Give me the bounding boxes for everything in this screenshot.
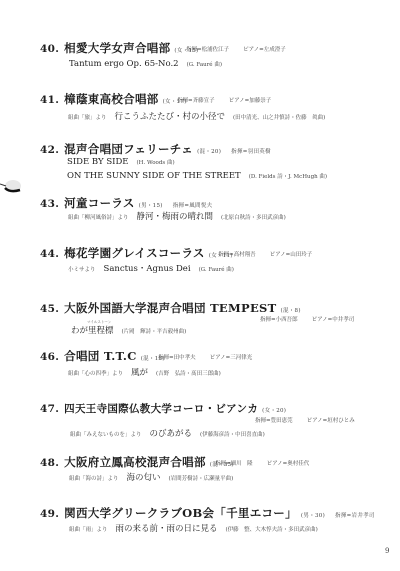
- choir-name: 梅花学園グレイスコーラス: [64, 246, 205, 260]
- staff-line: 指揮=細川 隆ピアノ=奥村佳代: [215, 459, 323, 467]
- scan-artifact-icon: [0, 178, 22, 194]
- choir-name: 相愛大学女声合唱部: [64, 41, 170, 55]
- song-credit: (D. Fields 詩・J. McHugh 曲): [249, 174, 327, 180]
- conductor: 指揮=小西吾郎: [260, 317, 298, 323]
- song-title: 静河・梅雨の晴れ間: [137, 212, 214, 222]
- entry-number: 46.: [40, 351, 59, 363]
- conductor: 指揮=風間悦夫: [173, 203, 213, 209]
- suite-prefix: 組曲「旅」より: [68, 115, 107, 121]
- song-line: 組曲「旅」より行こうふたたび・村の小径で(田中清光、山之井慎詩・佐藤 眞曲): [68, 110, 325, 122]
- choir-name: 関西大学グリークラブOB会「千里エコー」: [64, 506, 297, 520]
- song-line: 組曲「心の四季」より風が(吉野 弘詩・髙田三郎曲): [68, 366, 221, 378]
- entry-number: 44.: [40, 248, 59, 260]
- song-credit: (伊藤海彦詩・中田喜直曲): [200, 432, 265, 438]
- entry-title: 49.関西大学グリークラブOB会「千里エコー」(男・30)指揮=岩井孝司: [40, 505, 375, 521]
- choir-meta: (混・8): [281, 308, 301, 314]
- entry-number: 42.: [40, 144, 59, 156]
- staff-line: 指揮=松浦佐江子ピアノ=左成澄子: [186, 45, 300, 53]
- suite-prefix: 組曲「海の詩」より: [69, 476, 119, 482]
- song-credit: (田中清光、山之井慎詩・佐藤 眞曲): [233, 115, 325, 121]
- choir-name: 河童コーラス: [64, 196, 134, 210]
- conductor: 指揮=羽田英樹: [231, 149, 271, 155]
- song-credit: (H. Woods 曲): [137, 160, 175, 166]
- entry-number: 41.: [40, 94, 59, 106]
- song-title: Sanctus・Agnus Dei: [104, 264, 191, 274]
- song-title: Tantum ergo Op. 65-No.2: [69, 59, 179, 69]
- song-credit: (伊藤 整、大木惇夫詩・多田武彦曲): [226, 527, 318, 533]
- entry-title: 48.大阪府立鳳高校混声合唱部(混・33): [40, 454, 234, 470]
- ruby-text: マイルストーン: [87, 320, 111, 325]
- choir-name: 大阪府立鳳高校混声合唱部: [64, 455, 206, 469]
- page-number: 9: [385, 547, 389, 555]
- pianist: ピアノ=垣村ひとみ: [307, 418, 355, 424]
- entry-title: 44.梅花学園グレイスコーラス(女・11): [40, 245, 233, 261]
- entry-title: 46.合唱団 T.T.C(混・18): [40, 348, 165, 364]
- entry-number: 45.: [40, 303, 59, 315]
- entry-number: 49.: [40, 508, 59, 520]
- song-credit: (G. Fauré 曲): [199, 267, 234, 273]
- song-line: 組曲「雨」より雨の来る前・雨の日に見る(伊藤 整、大木惇夫詩・多田武彦曲): [69, 522, 318, 534]
- song-line: Tantum ergo Op. 65-No.2(G. Fauré 曲): [69, 59, 222, 69]
- conductor: 指揮=岩井孝司: [335, 513, 375, 519]
- conductor: 指揮=田中孝夫: [158, 355, 196, 361]
- staff-line: 指揮=田中孝夫ピアノ=三河律光: [158, 353, 266, 361]
- song-line: マイルストーンわが里程標(片岡 輝詩・平吉毅州曲): [71, 324, 186, 336]
- entry-number: 43.: [40, 198, 59, 210]
- song-title: マイルストーンわが里程標: [71, 326, 114, 336]
- pianist: ピアノ=中井孝司: [312, 317, 355, 323]
- song-credit: (吉野 弘詩・髙田三郎曲): [156, 371, 221, 377]
- suite-prefix: 小ミサより: [68, 267, 96, 273]
- song-line: 組曲「みえないものを」よりのびあがる(伊藤海彦詩・中田喜直曲): [70, 427, 265, 439]
- song-line: 小ミサよりSanctus・Agnus Dei(G. Fauré 曲): [68, 262, 234, 274]
- choir-name: 合唱団 T.T.C: [64, 349, 137, 363]
- entry-title: 43.河童コーラス(男・15)指揮=風間悦夫: [40, 195, 212, 211]
- choir-name: 四天王寺国際仏教大学コーロ・ビアンカ: [64, 403, 258, 415]
- entry-number: 40.: [40, 43, 59, 55]
- conductor: 指揮=斉藤宣子: [177, 98, 215, 104]
- entry-title: 47.四天王寺国際仏教大学コーロ・ビアンカ(女・20): [40, 401, 286, 416]
- suite-prefix: 組曲「雨」より: [69, 527, 108, 533]
- pianist: ピアノ=三河律光: [210, 355, 253, 361]
- song-line: 組曲「柳河風俗詩」より静河・梅雨の晴れ間(北原白秋詩・多田武彦曲): [68, 210, 286, 222]
- entry-title: 42.混声合唱団フェリーチェ(混・20)指揮=羽田英樹: [40, 141, 271, 157]
- staff-line: 指揮=斉藤宣子ピアノ=加藤崇子: [177, 96, 285, 104]
- song-title: SIDE BY SIDE: [67, 157, 129, 167]
- suite-prefix: 組曲「みえないものを」より: [70, 432, 142, 438]
- entry-title: 41.樟蔭東高校合唱部(女・17): [40, 91, 187, 107]
- song-title: 雨の来る前・雨の日に見る: [116, 524, 218, 534]
- entry-title: 40.相愛大学女声合唱部(女・15): [40, 40, 198, 56]
- entry-number: 48.: [40, 457, 59, 469]
- conductor: 指揮=細川 隆: [215, 461, 253, 467]
- choir-meta: (男・15): [139, 203, 163, 209]
- choir-name: 大阪外国語大学混声合唱団 TEMPEST: [64, 301, 276, 315]
- song-credit: (G. Fauré 曲): [187, 62, 222, 68]
- song-title: 海の匂い: [127, 473, 161, 483]
- choir-name: 混声合唱団フェリーチェ: [64, 142, 193, 156]
- conductor: 指揮=松浦佐江子: [186, 47, 229, 53]
- choir-name: 樟蔭東高校合唱部: [64, 92, 158, 106]
- choir-meta: (混・20): [197, 149, 221, 155]
- song-credit: (片岡 輝詩・平吉毅州曲): [122, 329, 187, 335]
- staff-line: 指揮=豊田恵莞ピアノ=垣村ひとみ: [255, 416, 369, 424]
- choir-meta: (女・20): [262, 408, 286, 414]
- song-line: SIDE BY SIDE(H. Woods 曲): [67, 157, 175, 167]
- pianist: ピアノ=加藤崇子: [229, 98, 272, 104]
- entry-number: 47.: [40, 403, 59, 415]
- pianist: ピアノ=奥村佳代: [267, 461, 310, 467]
- conductor: 指揮=高村翔吾: [218, 252, 256, 258]
- pianist: ピアノ=左成澄子: [243, 47, 286, 53]
- suite-prefix: 組曲「柳河風俗詩」より: [68, 215, 129, 221]
- song-title: のびあがる: [150, 429, 193, 439]
- song-title: ON THE SUNNY SIDE OF THE STREET: [67, 171, 241, 181]
- entry-title: 45.大阪外国語大学混声合唱団 TEMPEST(混・8): [40, 300, 301, 316]
- staff-line: 指揮=小西吾郎ピアノ=中井孝司: [260, 315, 368, 323]
- pianist: ピアノ=山田玲子: [270, 252, 313, 258]
- conductor: 指揮=豊田恵莞: [255, 418, 293, 424]
- song-line: 組曲「海の詩」より海の匂い(岩間芳樹詩・広瀬量平曲): [69, 471, 233, 483]
- song-credit: (岩間芳樹詩・広瀬量平曲): [169, 476, 234, 482]
- song-line: ON THE SUNNY SIDE OF THE STREET(D. Field…: [67, 171, 327, 181]
- choir-meta: (男・30): [301, 513, 325, 519]
- song-credit: (北原白秋詩・多田武彦曲): [221, 215, 286, 221]
- song-title: 風が: [131, 368, 148, 378]
- song-title: 行こうふたたび・村の小径で: [115, 112, 226, 122]
- staff-line: 指揮=高村翔吾ピアノ=山田玲子: [218, 250, 326, 258]
- suite-prefix: 組曲「心の四季」より: [68, 371, 123, 377]
